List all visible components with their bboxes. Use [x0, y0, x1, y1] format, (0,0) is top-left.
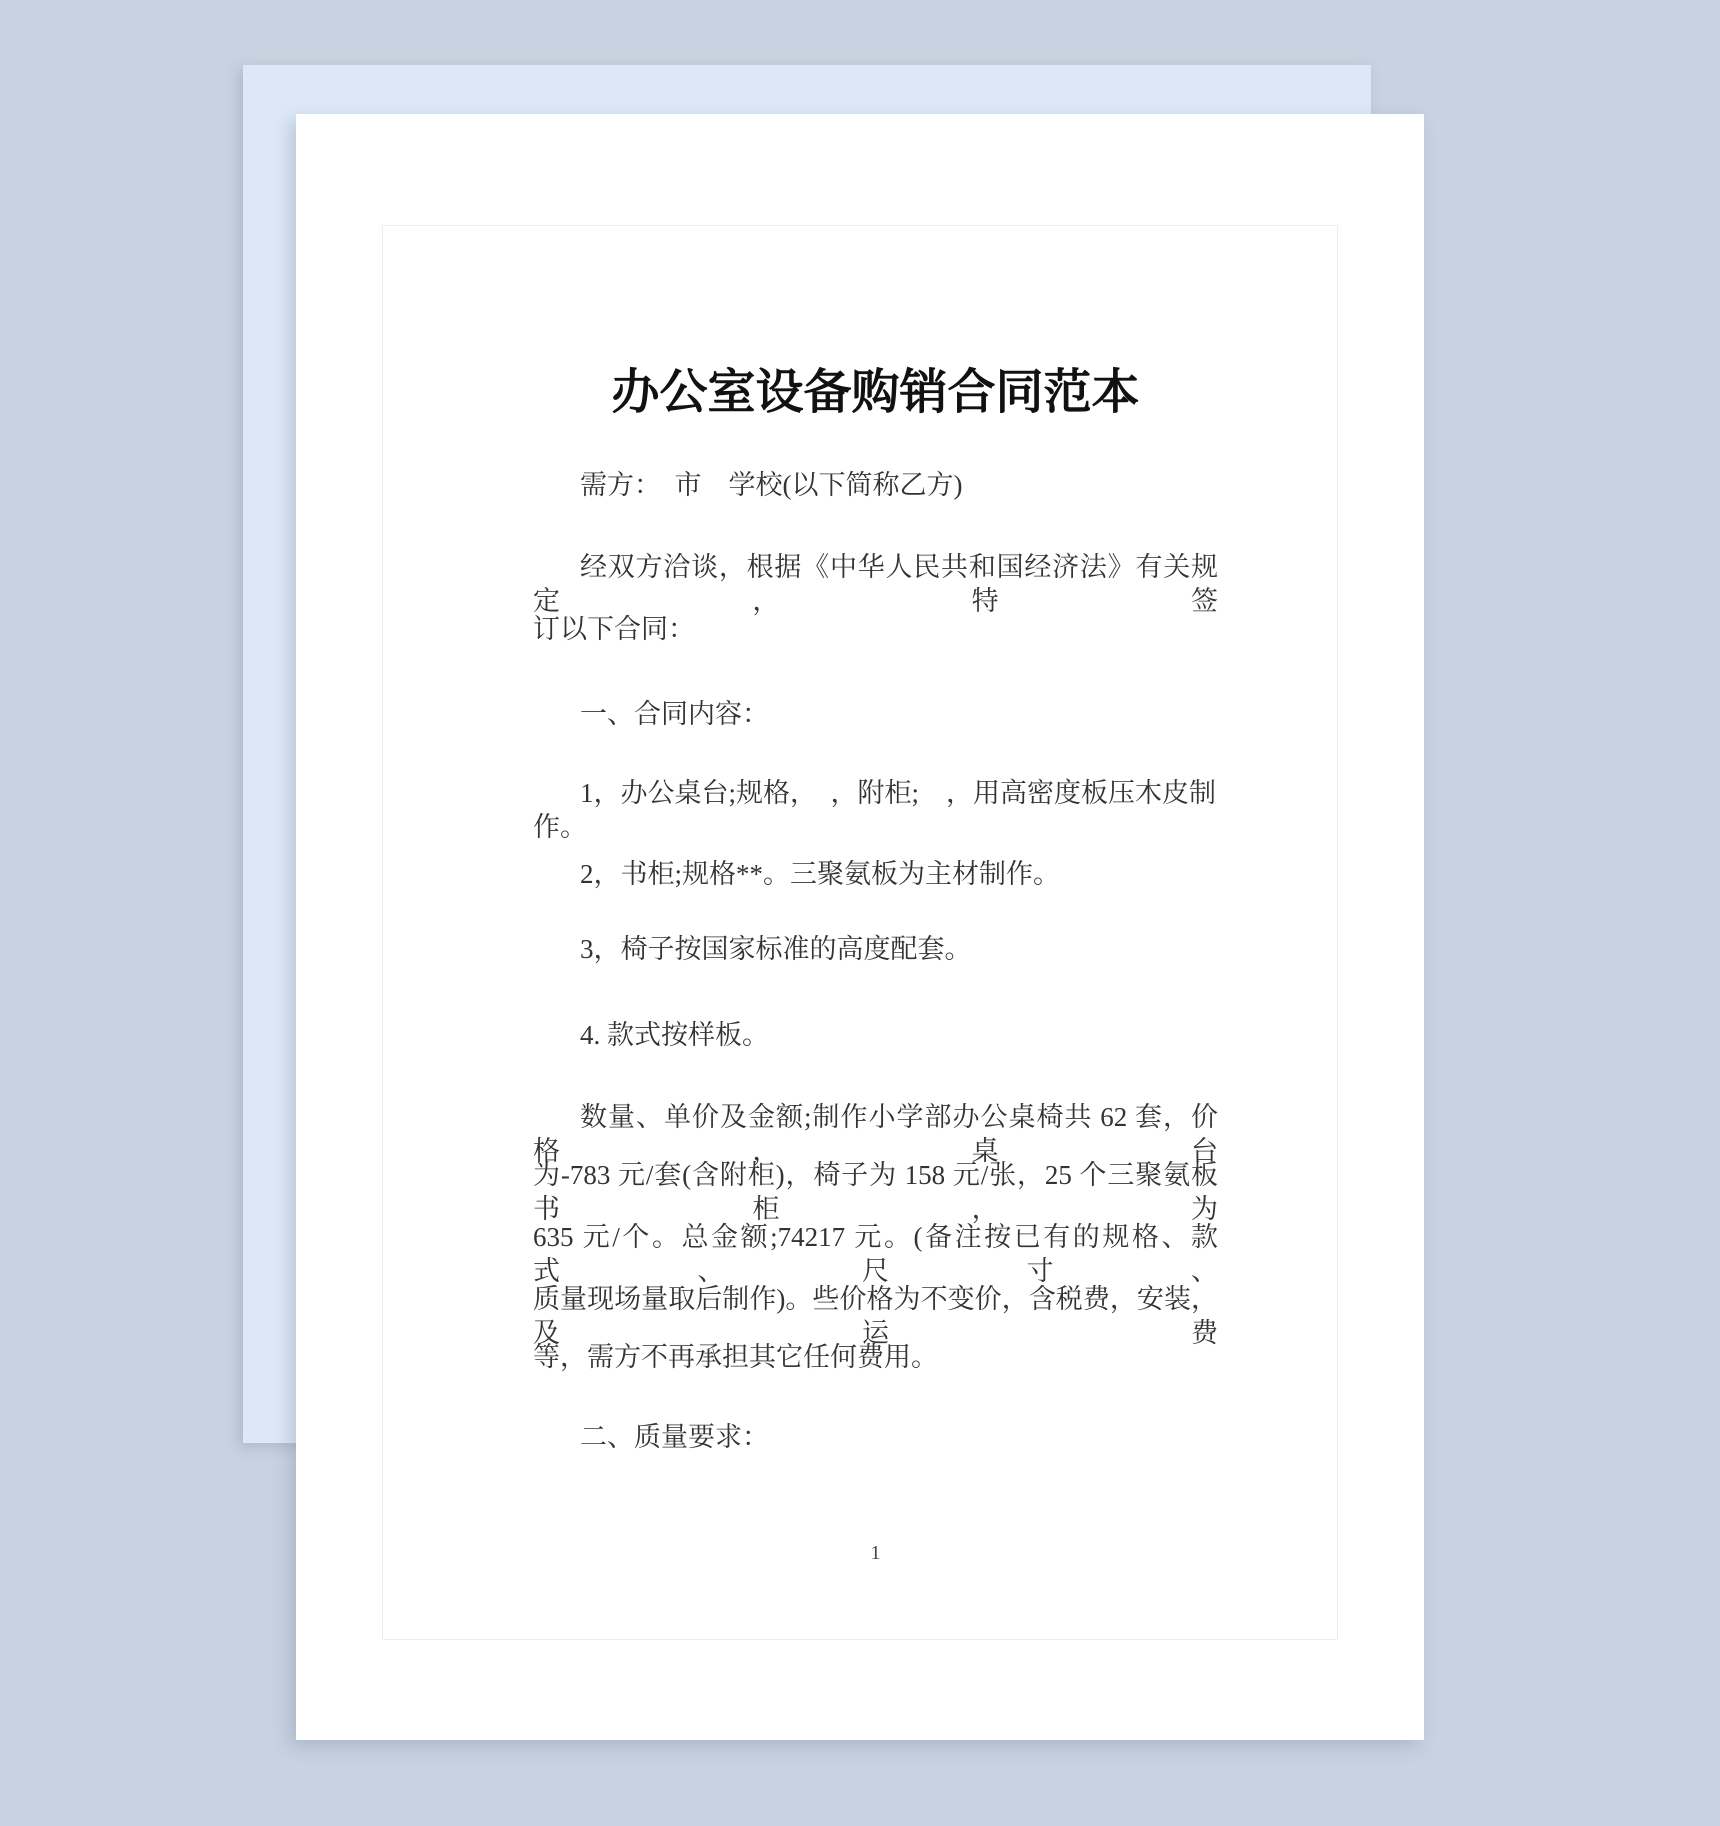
- paragraph-line-1: 需方： 市 学校(以下简称乙方): [533, 468, 1218, 502]
- paragraph-line-4: 一、合同内容：: [533, 697, 1218, 731]
- paragraph-line-2: 经双方洽谈，根据《中华人民共和国经济法》有关规定，特签: [533, 550, 1218, 618]
- page-number: 1: [533, 1542, 1218, 1565]
- paragraph-line-11: 635 元/个。总金额;74217 元。(备注按已有的规格、款式、尺寸、: [533, 1220, 1218, 1288]
- paragraph-line-8: 4. 款式按样板。: [533, 1018, 1218, 1052]
- paragraph-line-13: 等，需方不再承担其它任何费用。: [533, 1340, 1218, 1374]
- paragraph-line-14: 二、质量要求：: [533, 1420, 1218, 1454]
- paragraph-line-5: 1，办公桌台;规格， ，附柜; ，用高密度板压木皮制作。: [533, 776, 1218, 844]
- document-title: 办公室设备购销合同范本: [533, 364, 1218, 422]
- paragraph-line-6: 2，书柜;规格**。三聚氨板为主材制作。: [533, 857, 1218, 891]
- paragraph-line-3: 订以下合同：: [533, 612, 1218, 646]
- background-canvas: 办公室设备购销合同范本 需方： 市 学校(以下简称乙方) 经双方洽谈，根据《中华…: [0, 0, 1720, 1826]
- paragraph-line-10: 为-783 元/套(含附柜)，椅子为 158 元/张，25 个三聚氨板书柜，为: [533, 1158, 1218, 1226]
- document-page: 办公室设备购销合同范本 需方： 市 学校(以下简称乙方) 经双方洽谈，根据《中华…: [296, 114, 1424, 1740]
- paragraph-line-7: 3，椅子按国家标准的高度配套。: [533, 932, 1218, 966]
